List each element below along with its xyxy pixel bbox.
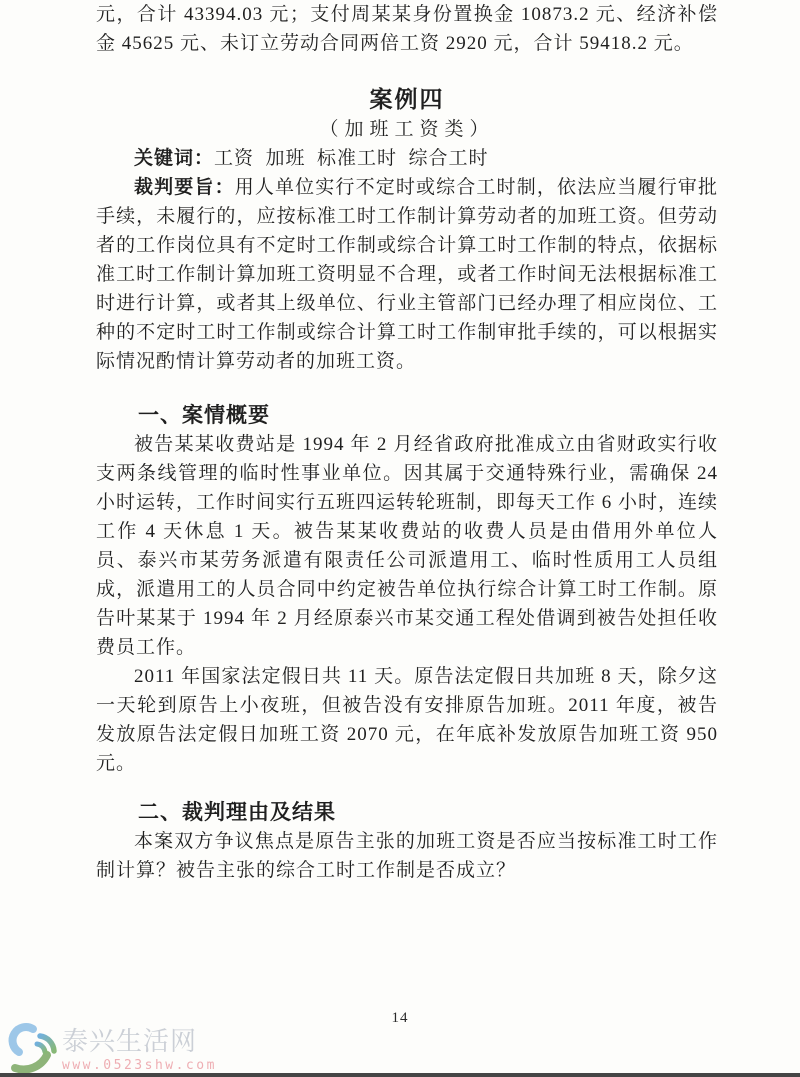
page-content: 元，合计 43394.03 元；支付周某某身份置换金 10873.2 元、经济补… xyxy=(96,0,718,885)
watermark: 泰兴生活网 www.0523shw.com xyxy=(7,1021,217,1077)
section1-heading: 一、案情概要 xyxy=(96,400,718,430)
gist-paragraph: 裁判要旨：用人单位实行不定时或综合工时制，依法应当履行审批手续，未履行的，应按标… xyxy=(96,173,718,376)
watermark-text-block: 泰兴生活网 www.0523shw.com xyxy=(62,1029,217,1073)
section1-paragraph-2: 2011 年国家法定假日共 11 天。原告法定假日共加班 8 天，除夕这一天轮到… xyxy=(96,662,718,778)
section1-paragraph-1: 被告某某收费站是 1994 年 2 月经省政府批准成立由省财政实行收支两条线管理… xyxy=(96,430,718,662)
keywords-label: 关键词： xyxy=(134,147,214,169)
site-logo-icon xyxy=(7,1021,59,1077)
document-page: 元，合计 43394.03 元；支付周某某身份置换金 10873.2 元、经济补… xyxy=(0,0,800,1077)
section2-paragraph-1: 本案双方争议焦点是原告主张的加班工资是否应当按标准工时工作制计算？被告主张的综合… xyxy=(96,827,718,885)
bottom-border-line xyxy=(0,1073,800,1077)
section2-heading: 二、裁判理由及结果 xyxy=(96,797,718,827)
gist-label: 裁判要旨： xyxy=(134,176,235,198)
case-title: 案例四 xyxy=(96,85,718,115)
gist-text: 用人单位实行不定时或综合工时制，依法应当履行审批手续，未履行的，应按标准工时工作… xyxy=(96,177,718,372)
keywords-text: 工资 加班 标准工时 综合工时 xyxy=(214,148,489,169)
watermark-site-name: 泰兴生活网 xyxy=(62,1029,217,1056)
case-subtitle: （加班工资类） xyxy=(96,115,718,144)
watermark-site-url: www.0523shw.com xyxy=(62,1058,217,1073)
keywords-line: 关键词：工资 加班 标准工时 综合工时 xyxy=(96,144,718,173)
intro-continuation-paragraph: 元，合计 43394.03 元；支付周某某身份置换金 10873.2 元、经济补… xyxy=(96,0,718,58)
